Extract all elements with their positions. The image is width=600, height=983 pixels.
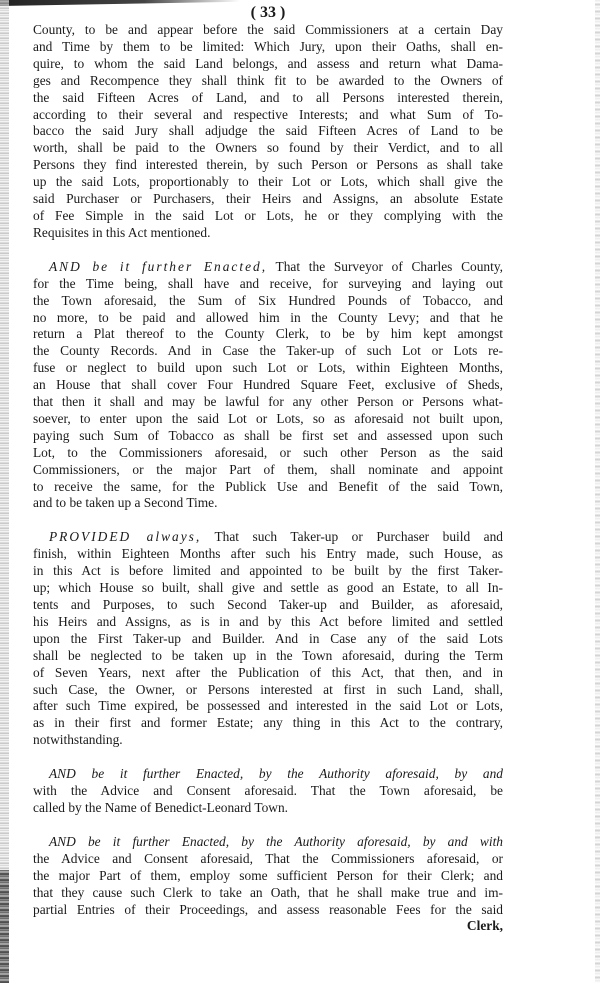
text-line: fuse or neglect to build upon such Lot o…: [33, 360, 503, 377]
text-line: that then it shall and may be lawful for…: [33, 394, 503, 411]
text-line: with the Advice and Consent aforesaid. T…: [33, 783, 503, 800]
text-line: notwithstanding.: [33, 732, 503, 749]
text-line: an House that shall cover Four Hundred S…: [33, 377, 503, 394]
text-line: of Seven Years, next after the Publicati…: [33, 665, 503, 682]
text-line: and Time by them to be limited: Which Ju…: [33, 39, 503, 56]
text-line: the Advice and Consent aforesaid, That t…: [33, 851, 503, 868]
proviso-clause: PROVIDED always,: [49, 529, 201, 544]
page-right-edge: [595, 0, 600, 983]
text-line: in this Act is before limited and appoin…: [33, 563, 503, 580]
text-line: the Town aforesaid, the Sum of Six Hundr…: [33, 293, 503, 310]
page-left-edge-dark: [0, 870, 9, 983]
paragraph-jury: County, to be and appear before the said…: [33, 22, 503, 242]
enacting-clause: AND be it further Enacted,: [49, 259, 267, 274]
text-line: and to be taken up a Second Time.: [33, 495, 503, 512]
text-line: the said Fifteen Acres of Land, and to a…: [33, 90, 503, 107]
text-line: the major Part of them, employ some suff…: [33, 868, 503, 885]
text-line: shall be neglected to be taken up in the…: [33, 648, 503, 665]
text-line: AND be it further Enacted, by the Author…: [33, 834, 503, 851]
text-line: finish, within Eighteen Months after suc…: [33, 546, 503, 563]
paragraph-town-name: AND be it further Enacted, by the Author…: [33, 766, 503, 817]
text-line: PROVIDED always, That such Taker-up or P…: [33, 529, 503, 546]
text-line: according to their several and respectiv…: [33, 107, 503, 124]
document-page: ( 33 ) County, to be and appear before t…: [33, 0, 503, 935]
text-line: Lot, to the Commissioners aforesaid, or …: [33, 445, 503, 462]
text-line: such Case, the Owner, or Persons interes…: [33, 682, 503, 699]
paragraph-clerk: AND be it further Enacted, by the Author…: [33, 834, 503, 935]
catchword: Clerk,: [33, 918, 503, 935]
text-line: no more, to be paid and allowed him in t…: [33, 310, 503, 327]
text-line: tents and Purposes, to such Second Taker…: [33, 597, 503, 614]
text-line: return a Plat thereof to the County Cler…: [33, 326, 503, 343]
text-line: quire, to whom the said Land belongs, an…: [33, 56, 503, 73]
page-number: ( 33 ): [33, 0, 503, 22]
text-line: that they cause such Clerk to take an Oa…: [33, 885, 503, 902]
paragraph-surveyor: AND be it further Enacted, That the Surv…: [33, 259, 503, 513]
text-line: as in their first and former Estate; any…: [33, 715, 503, 732]
text-line: Requisites in this Act mentioned.: [33, 225, 503, 242]
text-line: Persons they find interested therein, by…: [33, 157, 503, 174]
paragraph-provided: PROVIDED always, That such Taker-up or P…: [33, 529, 503, 749]
text-line: said Purchaser or Purchasers, their Heir…: [33, 191, 503, 208]
text-line: AND be it further Enacted, by the Author…: [33, 766, 503, 783]
text-line: his Heirs and Assigns, as is in and by t…: [33, 614, 503, 631]
page-left-edge: [0, 0, 9, 983]
text-line: partial Entries of their Proceedings, an…: [33, 902, 503, 919]
text-line: for the Time being, shall have and recei…: [33, 276, 503, 293]
text-line: paying such Sum of Tobacco as shall be f…: [33, 428, 503, 445]
text-line: up the said Lots, proportionably to thei…: [33, 174, 503, 191]
text-line: upon the First Taker-up and Builder. And…: [33, 631, 503, 648]
text-line: County, to be and appear before the said…: [33, 22, 503, 39]
text-line: bacco the said Jury shall adjudge the sa…: [33, 123, 503, 140]
text-line: Commissioners, or the major Part of them…: [33, 462, 503, 479]
text-line: after such Time expired, be possessed an…: [33, 698, 503, 715]
text-line: called by the Name of Benedict-Leonard T…: [33, 800, 503, 817]
text-line: to receive the same, for the Publick Use…: [33, 479, 503, 496]
text-line: worth, shall be paid to the Owners so fo…: [33, 140, 503, 157]
text-line: the County Records. And in Case the Take…: [33, 343, 503, 360]
text-line: of Fee Simple in the said Lot or Lots, h…: [33, 208, 503, 225]
text-line: soever, to enter upon the said Lot or Lo…: [33, 411, 503, 428]
text-line: ges and Recompence they shall think fit …: [33, 73, 503, 90]
text-line: AND be it further Enacted, That the Surv…: [33, 259, 503, 276]
text-line: up; which House so built, shall give and…: [33, 580, 503, 597]
